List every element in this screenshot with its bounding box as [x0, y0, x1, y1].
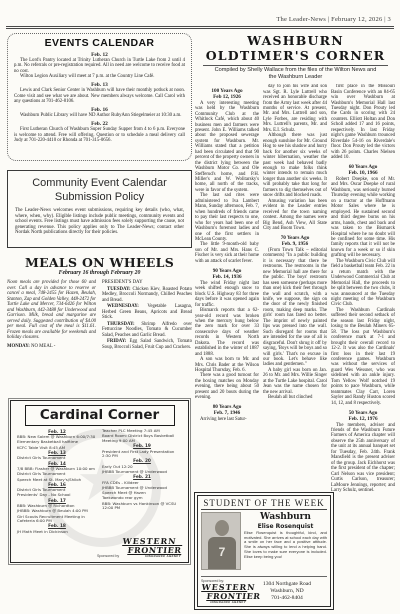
oldtimers-title-rule — [203, 65, 388, 66]
oldtimers-corner-title: WASHBURN OLDTIMER'S CORNER — [195, 33, 396, 63]
sotw-sponsor: Sponsored by: WESTERN FRONTIER INSURANCE… — [201, 579, 247, 604]
newspaper-page: The Leader-News | February 12, 2026 | 3 … — [0, 0, 400, 614]
submission-policy-body: The Leader-News welcomes event submissio… — [15, 208, 184, 236]
otc-col-3: first place in the Missouri Basin Confer… — [331, 84, 395, 614]
submission-policy-title: Community Event Calendar Submission Poli… — [15, 176, 184, 204]
otc-heading: 80 Years AgoFeb. 7, 1946 — [195, 404, 259, 416]
mow-menu: TUESDAY: Chicken Kiev, Roasted Potato Me… — [102, 287, 192, 351]
cardinal-item: KCFC Table Visit 8:45 AM — [17, 446, 97, 451]
student-name: Elise Rosenquist — [244, 523, 327, 530]
monday-text: NO MEAL - — [30, 344, 56, 349]
cardinal-schedule-columns: Feb. 12BBB: New Salem @ Washburn 6:00/7:… — [17, 429, 182, 535]
student-of-week-text: Washburn Elise Rosenquist Elise Rosenqui… — [244, 512, 327, 574]
otc-paragraph: The little 9-month-old baby son of Mr. a… — [195, 242, 259, 264]
cardinal-sponsor: Sponsored by WESTERN FRONTIER INSURANCE … — [97, 537, 182, 558]
cardinal-item: Board Room: District Boys Basketball Mee… — [102, 434, 182, 443]
meals-info-column: Noon meals are provided for those 60 and… — [7, 280, 96, 351]
meals-info-text: Noon meals are provided for those 60 and… — [7, 280, 96, 340]
student-school: Washburn — [244, 512, 327, 522]
cardinal-item: Speech Meet at St. Mary's/Shiloh — [17, 478, 97, 483]
event-item: First Lutheran Church of Washburn Super … — [14, 127, 185, 144]
otc-heading: 90 Years AgoFeb. 14, 1936 — [195, 268, 259, 280]
otc-heading-date: Feb 12, 1926 — [195, 94, 259, 100]
western-frontier-tagline: INSURANCE AGENCY — [121, 555, 181, 558]
events-calendar-title: EVENTS CALENDAR — [14, 37, 185, 49]
otc-heading-date: Feb. 14, 1936 — [195, 274, 259, 280]
western-frontier-logo-2: WESTERN FRONTIER INSURANCE AGENCY — [200, 583, 248, 604]
otc-paragraph: Amusing variation has been evident in th… — [263, 199, 327, 232]
otc-heading-date: Feb. 7, 1946 — [195, 410, 259, 416]
oldtimers-byline: Compiled by Shelly Wallace from the file… — [195, 67, 396, 80]
submission-policy-title-line1: Community Event Calendar — [15, 176, 184, 190]
otc-col-1: 100 Years AgoFeb 12, 1926A very interest… — [195, 84, 259, 502]
event-item: Washburn Public Library will have ND Aut… — [14, 113, 185, 119]
otc-paragraph: The wind Friday night last week shifted … — [195, 281, 259, 308]
otc-heading-date: Feb. 9, 1956 — [263, 241, 327, 247]
cardinal-col-right: Teacher PLC Meeting 7:45 AMBoard Room: D… — [102, 429, 182, 535]
student-of-week-body: 7 Washburn Elise Rosenquist Elise Rosenq… — [201, 512, 327, 574]
student-photo-head — [215, 520, 229, 536]
meals-menu-column: PRESIDENT'S DAY TUESDAY: Chicken Kiev, R… — [102, 280, 192, 351]
student-of-week-footer: Sponsored by: WESTERN FRONTIER INSURANCE… — [201, 576, 327, 604]
otc-paragraph: A baby girl was born on Jan. 26 to Mr. a… — [263, 368, 327, 395]
masthead: The Leader-News | February 12, 2026 | 3 — [276, 16, 391, 23]
otc-paragraph: There was a good turnout for the boxing … — [195, 373, 259, 400]
meal-day: TUESDAY: — [107, 287, 133, 292]
student-bio: Elise Rosenquist is thoughtful, kind, an… — [244, 531, 327, 559]
otc-paragraph: Beulah all but clinched — [263, 395, 327, 400]
cardinal-sponsored-by-label: Sponsored by — [97, 554, 119, 558]
meal-entry: THURSDAY: Shrimp Alfredo over Fettuccine… — [102, 322, 192, 339]
otc-paragraph: Robert Doepke, son of Mr. and Mrs. Oscar… — [331, 177, 395, 259]
western-frontier-logo: WESTERN FRONTIER INSURANCE AGENCY — [121, 537, 183, 558]
meals-on-wheels-title: MEALS ON WHEELS — [7, 255, 192, 270]
student-photo-jersey: 7 — [208, 537, 236, 570]
meal-day: FRIDAY: — [107, 339, 130, 344]
cardinal-col-left: Feb. 12BBB: New Salem @ Washburn 6:00/7:… — [17, 429, 97, 535]
event-item: Wilton Legion Auxiliary will meet at 7 p… — [14, 74, 185, 80]
events-list: Feb. 12The Lord's Pantry located at Trin… — [14, 52, 185, 144]
cardinal-corner-box: Cardinal Corner Feb. 12BBB: New Salem @ … — [10, 400, 189, 563]
otc-paragraph: The members, adviser and friends of the … — [331, 423, 395, 494]
student-photo: 7 — [201, 512, 241, 570]
oldtimers-corner-section: WASHBURN OLDTIMER'S CORNER Compiled by S… — [195, 33, 396, 611]
submission-policy-box: Community Event Calendar Submission Poli… — [7, 170, 192, 248]
submission-policy-title-line2: Submission Policy — [15, 190, 184, 204]
events-calendar-box: EVENTS CALENDAR Feb. 12The Lord's Pantry… — [7, 33, 192, 161]
meals-on-wheels-section: MEALS ON WHEELS February 16 through Febr… — [7, 255, 192, 391]
cardinal-item: President and First Lady Presentation 2:… — [102, 450, 182, 459]
student-of-week-ad: STUDENT OF THE WEEK 7 Washburn Elise Ros… — [197, 495, 331, 607]
meals-on-wheels-columns: Noon meals are provided for those 60 and… — [7, 280, 192, 351]
otc-paragraph: (From Town Talk – editorial comments) "I… — [263, 248, 327, 368]
oldtimers-byline-line2: the Washburn Leader — [195, 74, 396, 81]
meal-entry: FRIDAY: Egg Salad Sandwich, Tomato Soup,… — [102, 339, 192, 350]
meal-entry: TUESDAY: Chicken Kiev, Roasted Potato Me… — [102, 287, 192, 304]
masthead-rule — [6, 26, 394, 29]
otc-paragraph: The last sad rites were administered to … — [195, 193, 259, 242]
otc-heading: 70 Years AgoFeb. 9, 1956 — [263, 235, 327, 247]
cardinal-item: Presidents' Day - No School — [17, 493, 97, 498]
cardinal-item: Girl Scouts Recruitment Meeting in Cafet… — [17, 515, 97, 524]
event-item: Lewis and Clark Senior Center in Washbur… — [14, 88, 185, 105]
meal-day: WEDNESDAY: — [107, 304, 147, 309]
wf2-tagline: INSURANCE AGENCY — [200, 601, 246, 604]
otc-heading-date: Feb. 12, 1976 — [331, 416, 395, 422]
otc-paragraph: first place in the Missouri Basin Confer… — [331, 84, 395, 160]
otc-paragraph: The Washburn Cardinals suffered their se… — [331, 308, 395, 406]
holiday-label: PRESIDENT'S DAY — [102, 280, 192, 286]
oldtimers-byline-line1: Compiled by Shelly Wallace from the file… — [195, 67, 396, 74]
otc-heading-date: Feb. 10, 1966 — [331, 170, 395, 176]
otc-col-2: day to join his wife and son was Sgt. R.… — [263, 84, 327, 502]
meal-day: THURSDAY: — [107, 322, 141, 327]
meals-on-wheels-dates: February 16 through February 20 — [7, 270, 192, 276]
otc-paragraph: day to join his wife and son was Sgt. R.… — [263, 84, 327, 133]
student-of-week-title: STUDENT OF THE WEEK — [201, 498, 327, 510]
cardinal-item: BBB: Washburn vs Hankinson @ VCSU 12:00 … — [102, 502, 182, 511]
monday-meal-line: MONDAY: NO MEAL - — [7, 344, 96, 350]
otc-paragraph: Arriving here last Satur- — [195, 417, 259, 422]
cardinal-item: JH Math Meet in Dickinson — [17, 530, 97, 535]
sponsor-address-line1: 1304 Northgate Road — [247, 581, 327, 588]
cardinal-item: District Girls Tournament — [17, 456, 97, 461]
otc-heading: 60 Years AgoFeb. 10, 1966 — [331, 164, 395, 176]
left-column: EVENTS CALENDAR Feb. 12The Lord's Pantry… — [7, 33, 192, 563]
otc-paragraph: A son was born to Mr. and Mrs. Chris Bad… — [195, 357, 259, 373]
meal-entry: WEDNESDAY: Vegetable Lasagna, Herbed Gre… — [102, 304, 192, 321]
otc-paragraph: A very interesting meeting was held by t… — [195, 101, 259, 194]
cardinal-corner-title: Cardinal Corner — [25, 405, 175, 426]
otc-paragraph: Although there was just enough sunshine … — [263, 133, 327, 198]
otc-paragraph: Bismarck reports that a 62-year-old reco… — [195, 308, 259, 357]
event-item: The Lord's Pantry located at Trinity Lut… — [14, 58, 185, 75]
otc-paragraph: The Washburn Civic Club will field a bas… — [331, 259, 395, 308]
otc-heading: 100 Years AgoFeb 12, 1926 — [195, 88, 259, 100]
monday-label: MONDAY: — [7, 344, 30, 349]
otc-heading: 50 Years AgoFeb. 12, 1976 — [331, 410, 395, 422]
